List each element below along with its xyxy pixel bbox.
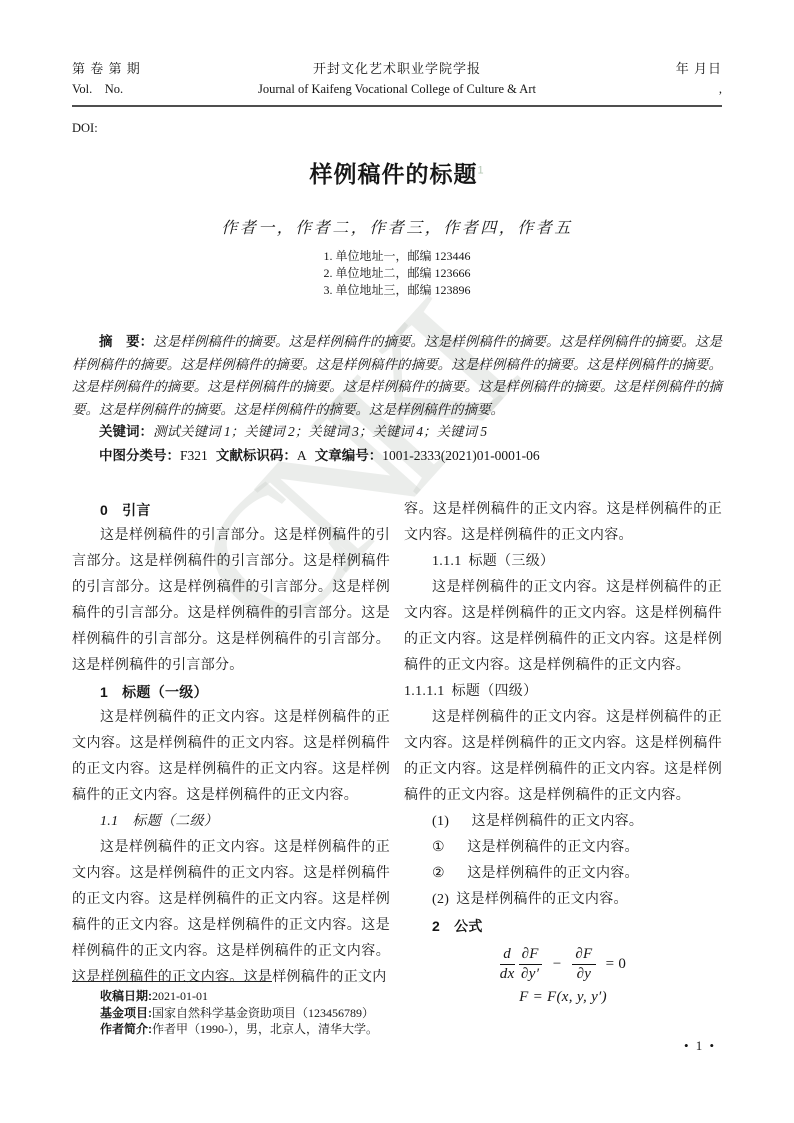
fraction-denominator: ∂y xyxy=(572,965,595,983)
fraction-numerator: d xyxy=(500,946,515,965)
fraction-d-dx: ddx xyxy=(500,946,515,982)
section-number: 1.1.1.1 xyxy=(404,684,445,699)
affiliation-2: 2. 单位地址二，邮编 123666 xyxy=(72,265,722,282)
clc-value: F321 xyxy=(180,448,208,463)
journal-name-en: Journal of Kaifeng Vocational College of… xyxy=(258,82,536,97)
list-item-1: (1)这是样例稿件的正文内容。 xyxy=(404,809,722,835)
abstract-text: 这是样例稿件的摘要。这是样例稿件的摘要。这是样例稿件的摘要。这是样例稿件的摘要。… xyxy=(72,334,722,417)
section-number: 1.1 xyxy=(100,814,118,829)
section-heading-1: 1标题（一级） xyxy=(72,679,390,705)
section-title: 标题（三级） xyxy=(469,554,555,569)
section-number: 1.1.1 xyxy=(432,554,462,569)
header-row-cn: 第 卷 第 期 开封文化艺术职业学院学报 年 月日 xyxy=(72,58,722,77)
section-number: 2 xyxy=(432,918,440,934)
list-marker: ① xyxy=(432,840,445,855)
authors-line: 作者一，作者二，作者三，作者四，作者五 xyxy=(72,215,722,238)
section-number: 1 xyxy=(100,684,108,700)
section-title: 标题（二级） xyxy=(132,814,218,829)
right-column: 容。这是样例稿件的正文内容。这是样例稿件的正文内容。这是样例稿件的正文内容。 1… xyxy=(404,497,722,1006)
abstract-paragraph: 摘 要：这是样例稿件的摘要。这是样例稿件的摘要。这是样例稿件的摘要。这是样例稿件… xyxy=(72,331,722,421)
author-bio-line: 作者简介:作者甲（1990-），男，北京人，清华大学。 xyxy=(72,1021,492,1038)
fraction-denominator: dx xyxy=(500,965,515,983)
minus-operator: − xyxy=(552,956,562,973)
received-date-value: 2021-01-01 xyxy=(152,989,208,1003)
volume-issue-cn: 第 卷 第 期 xyxy=(72,58,141,77)
section-heading-1-1: 1.1标题（二级） xyxy=(72,809,390,835)
fraction-numerator: ∂F xyxy=(519,946,542,965)
footnote-divider xyxy=(72,981,272,982)
volume-issue-en: Vol. No. xyxy=(72,82,123,97)
classification-line: 中图分类号：F321文献标识码：A文章编号：1001-2333(2021)01-… xyxy=(72,445,722,468)
abstract-label: 摘 要： xyxy=(99,334,153,349)
section-title: 标题（四级） xyxy=(452,684,538,699)
doc-code-label: 文献标识码： xyxy=(216,448,297,463)
list-marker: (2) xyxy=(432,892,449,907)
article-id-label: 文章编号： xyxy=(315,448,383,463)
page-title: 样例稿件的标题1 xyxy=(72,156,722,189)
fraction-denominator: ∂y′ xyxy=(519,965,542,983)
article-title-text: 样例稿件的标题 xyxy=(309,161,477,187)
section-heading-2: 2公式 xyxy=(404,913,722,939)
first-page-footnote: 收稿日期:2021-01-01 基金项目:国家自然科学基金资助项目（123456… xyxy=(72,981,492,1038)
journal-name-cn: 开封文化艺术职业学院学报 xyxy=(313,58,481,77)
body-columns: 0引言 这是样例稿件的引言部分。这是样例稿件的引言部分。这是样例稿件的引言部分。… xyxy=(72,497,722,1006)
list-text: 这是样例稿件的正文内容。 xyxy=(456,892,628,907)
list-text: 这是样例稿件的正文内容。 xyxy=(472,814,644,829)
intro-paragraph: 这是样例稿件的引言部分。这是样例稿件的引言部分。这是样例稿件的引言部分。这是样例… xyxy=(72,523,390,679)
fund-project-line: 基金项目:国家自然科学基金资助项目（123456789） xyxy=(72,1005,492,1022)
received-date-label: 收稿日期: xyxy=(100,989,152,1003)
header-divider xyxy=(72,105,722,107)
author-bio-label: 作者简介: xyxy=(100,1022,152,1036)
fraction-numerator: ∂F xyxy=(572,946,595,965)
list-text: 这是样例稿件的正文内容。 xyxy=(467,840,639,855)
section-1-1-paragraph-continued: 容。这是样例稿件的正文内容。这是样例稿件的正文内容。这是样例稿件的正文内容。 xyxy=(404,497,722,549)
section-title: 引言 xyxy=(122,502,151,518)
title-footnote-marker: 1 xyxy=(477,164,484,176)
list-item-circled-1: ①这是样例稿件的正文内容。 xyxy=(404,835,722,861)
section-title: 标题（一级） xyxy=(122,684,208,700)
fraction-dF-dy: ∂F∂y xyxy=(572,946,595,982)
date-en: , xyxy=(719,82,722,97)
equals-zero: = 0 xyxy=(606,956,627,973)
section-1-1-1-paragraph: 这是样例稿件的正文内容。这是样例稿件的正文内容。这是样例稿件的正文内容。这是样例… xyxy=(404,575,722,679)
affiliation-1: 1. 单位地址一，邮编 123446 xyxy=(72,248,722,265)
list-text: 这是样例稿件的正文内容。 xyxy=(467,866,639,881)
doc-code-value: A xyxy=(297,448,307,463)
section-heading-intro: 0引言 xyxy=(72,497,390,523)
list-marker: ② xyxy=(432,866,445,881)
author-bio-value: 作者甲（1990-），男，北京人，清华大学。 xyxy=(152,1022,378,1036)
header-row-en: Vol. No. Journal of Kaifeng Vocational C… xyxy=(72,82,722,97)
left-column: 0引言 这是样例稿件的引言部分。这是样例稿件的引言部分。这是样例稿件的引言部分。… xyxy=(72,497,390,1006)
keywords-text: 测试关键词 1；关键词 2；关键词 3；关键词 4；关键词 5 xyxy=(153,424,487,439)
section-title: 公式 xyxy=(454,918,483,934)
received-date-line: 收稿日期:2021-01-01 xyxy=(72,988,492,1005)
journal-header: 第 卷 第 期 开封文化艺术职业学院学报 年 月日 Vol. No. Journ… xyxy=(72,58,722,136)
fraction-dF-dyprime: ∂F∂y′ xyxy=(519,946,542,982)
section-heading-1-1-1-1: 1.1.1.1标题（四级） xyxy=(404,679,722,705)
doi-label: DOI: xyxy=(72,121,722,136)
section-1-1-1-1-paragraph: 这是样例稿件的正文内容。这是样例稿件的正文内容。这是样例稿件的正文内容。这是样例… xyxy=(404,705,722,809)
list-marker: (1) xyxy=(432,814,449,829)
list-item-circled-2: ②这是样例稿件的正文内容。 xyxy=(404,861,722,887)
article-id-value: 1001-2333(2021)01-0001-06 xyxy=(382,448,539,463)
list-item-2: (2)这是样例稿件的正文内容。 xyxy=(404,887,722,913)
page-content: 第 卷 第 期 开封文化艺术职业学院学报 年 月日 Vol. No. Journ… xyxy=(0,0,794,1006)
fund-project-value: 国家自然科学基金资助项目（123456789） xyxy=(152,1006,374,1020)
keywords-line: 关键词：测试关键词 1；关键词 2；关键词 3；关键词 4；关键词 5 xyxy=(72,421,722,444)
euler-lagrange-formula: ddx ∂F∂y′ − ∂F∂y = 0 xyxy=(404,946,722,982)
section-number: 0 xyxy=(100,502,108,518)
affiliation-3: 3. 单位地址三，邮编 123896 xyxy=(72,282,722,299)
affiliations: 1. 单位地址一，邮编 123446 2. 单位地址二，邮编 123666 3.… xyxy=(72,248,722,299)
section-1-1-paragraph-left: 这是样例稿件的正文内容。这是样例稿件的正文内容。这是样例稿件的正文内容。这是样例… xyxy=(72,835,390,991)
fund-project-label: 基金项目: xyxy=(100,1006,152,1020)
clc-label: 中图分类号： xyxy=(99,448,180,463)
keywords-label: 关键词： xyxy=(99,424,153,439)
abstract-block: 摘 要：这是样例稿件的摘要。这是样例稿件的摘要。这是样例稿件的摘要。这是样例稿件… xyxy=(72,331,722,467)
date-cn: 年 月日 xyxy=(676,58,722,77)
section-heading-1-1-1: 1.1.1标题（三级） xyxy=(404,549,722,575)
page-number: • 1 • xyxy=(660,1038,740,1054)
journal-page: CNKI 第 卷 第 期 开封文化艺术职业学院学报 年 月日 Vol. No. … xyxy=(0,0,794,1123)
section-1-paragraph: 这是样例稿件的正文内容。这是样例稿件的正文内容。这是样例稿件的正文内容。这是样例… xyxy=(72,705,390,809)
